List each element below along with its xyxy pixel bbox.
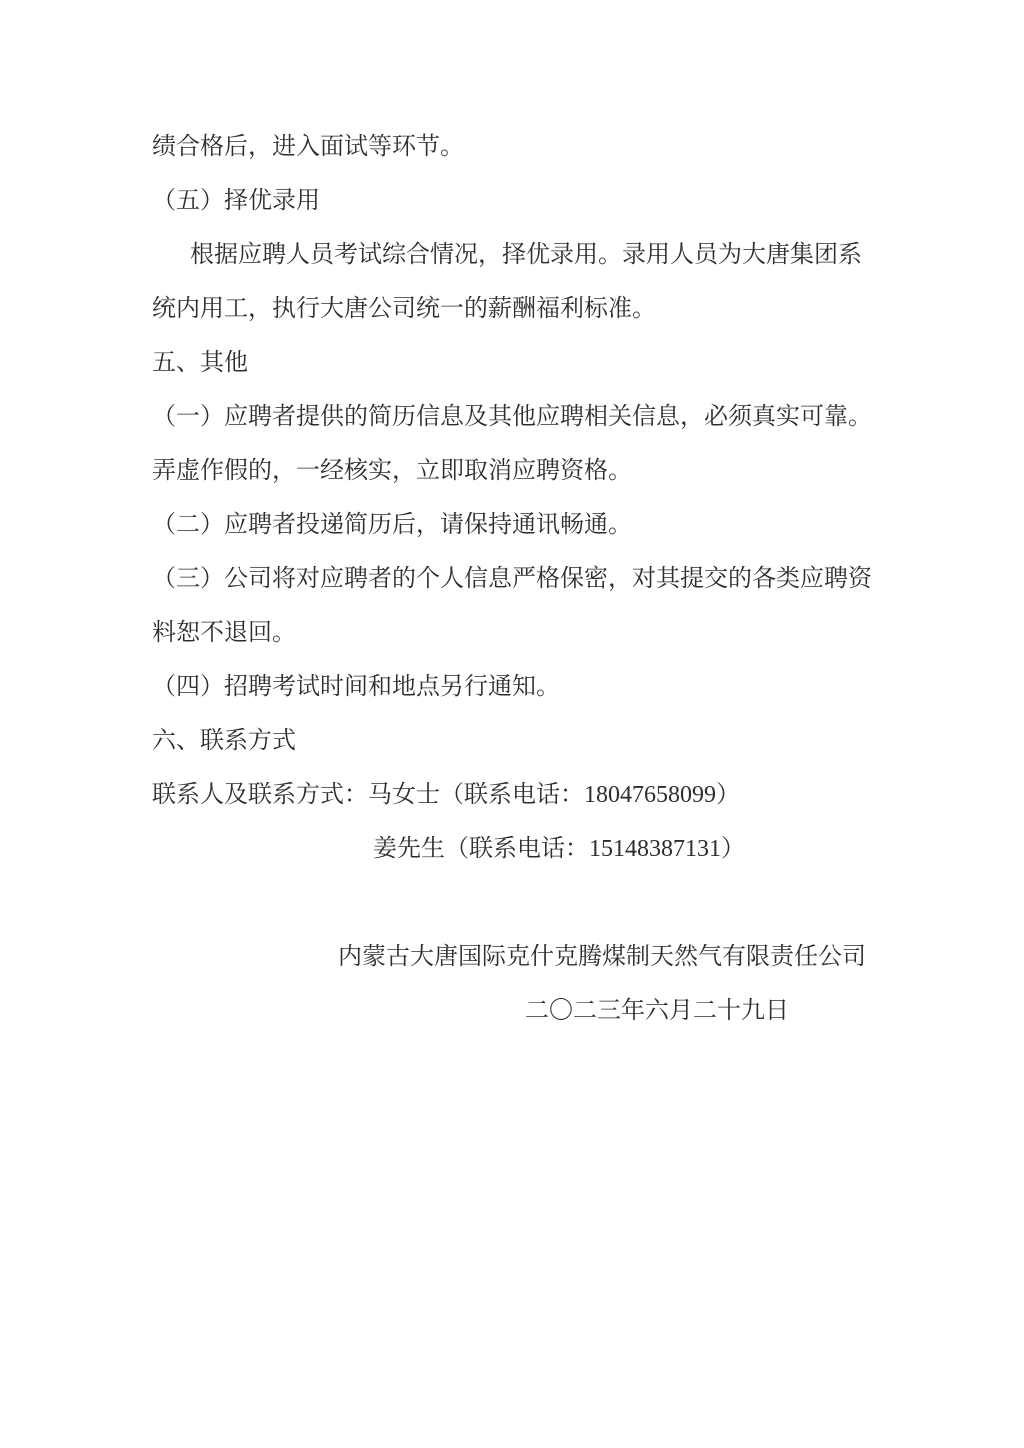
para-merit-selection-line1: 根据应聘人员考试综合情况，择优录用。录用人员为大唐集团系	[152, 228, 892, 282]
document-body: 绩合格后，进入面试等环节。 （五）择优录用 根据应聘人员考试综合情况，择优录用。…	[152, 120, 892, 1038]
signature-company: 内蒙古大唐国际克什克腾煤制天然气有限责任公司	[152, 930, 892, 984]
contact-line-1: 联系人及联系方式：马女士（联系电话：18047658099）	[152, 768, 892, 822]
para-other-2: （二）应聘者投递简历后，请保持通讯畅通。	[152, 498, 892, 552]
para-continuation-line: 绩合格后，进入面试等环节。	[152, 120, 892, 174]
para-merit-selection-line2: 统内用工，执行大唐公司统一的薪酬福利标准。	[152, 282, 892, 336]
document-page: 绩合格后，进入面试等环节。 （五）择优录用 根据应聘人员考试综合情况，择优录用。…	[0, 0, 1024, 1448]
contact-line-2: 姜先生（联系电话：15148387131）	[152, 822, 892, 876]
signature-date: 二〇二三年六月二十九日	[152, 984, 892, 1038]
blank-line-spacer	[152, 876, 892, 930]
para-other-1-line1: （一）应聘者提供的简历信息及其他应聘相关信息，必须真实可靠。	[152, 390, 892, 444]
para-other-3-line2: 料恕不退回。	[152, 606, 892, 660]
subheading-merit-selection: （五）择优录用	[152, 174, 892, 228]
heading-other: 五、其他	[152, 336, 892, 390]
para-other-1-line2: 弄虚作假的，一经核实，立即取消应聘资格。	[152, 444, 892, 498]
heading-contact: 六、联系方式	[152, 714, 892, 768]
para-other-4: （四）招聘考试时间和地点另行通知。	[152, 660, 892, 714]
para-other-3-line1: （三）公司将对应聘者的个人信息严格保密，对其提交的各类应聘资	[152, 552, 892, 606]
